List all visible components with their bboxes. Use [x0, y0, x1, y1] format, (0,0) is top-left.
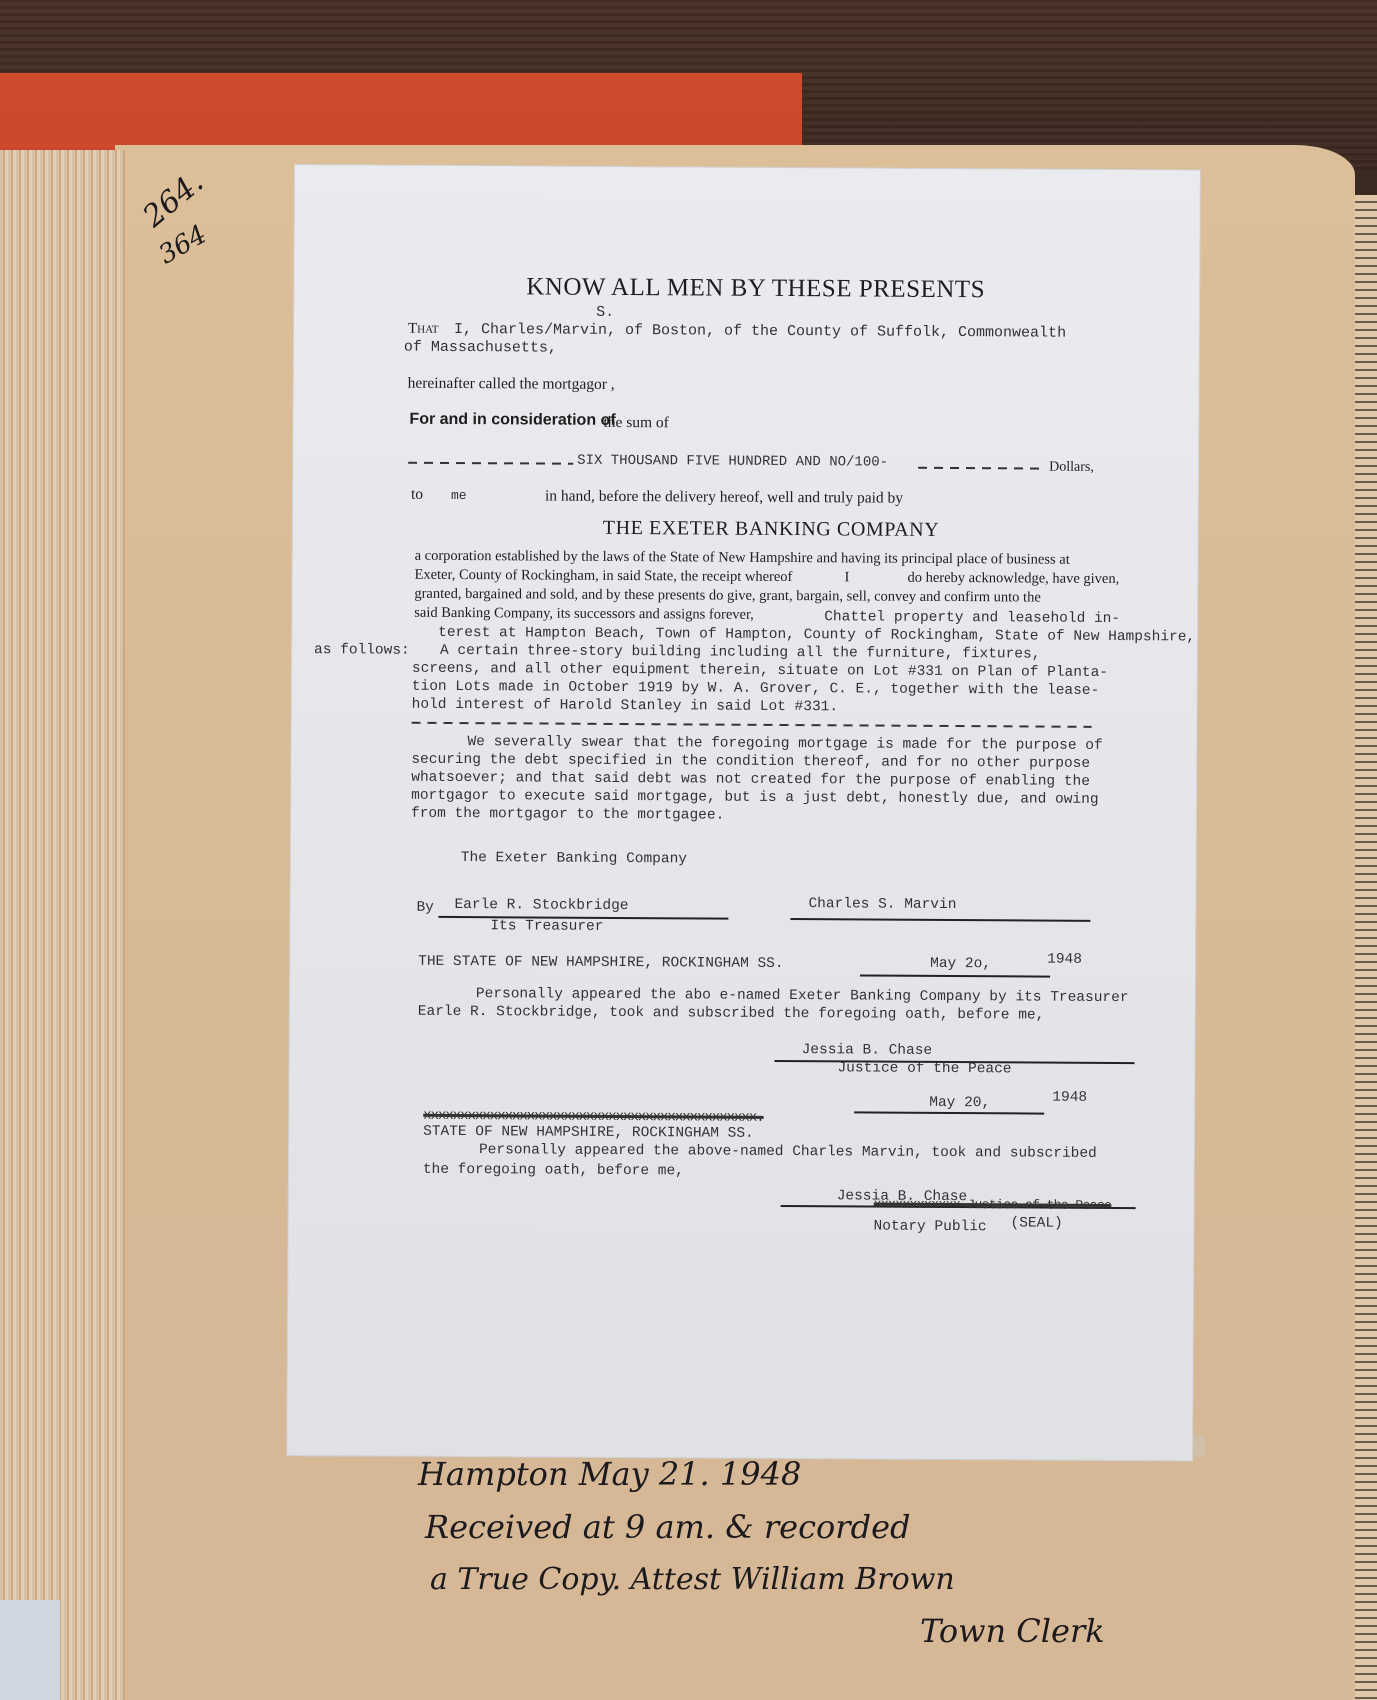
- mortgagor-line: hereinafter called the mortgagor ,: [408, 375, 615, 394]
- bank-signature-label: The Exeter Banking Company: [461, 850, 687, 867]
- document-title: KNOW ALL MEN BY THESE PRESENTS: [526, 273, 985, 304]
- recording-note-line-1: Hampton May 21. 1948: [418, 1455, 801, 1493]
- jurat-2-line-2: the foregoing oath, before me,: [423, 1162, 684, 1180]
- facing-page-edge: [1355, 195, 1377, 1700]
- mortgagor-signature-line: [790, 918, 1090, 922]
- section-divider: [412, 722, 1092, 728]
- mortgage-document: KNOW ALL MEN BY THESE PRESENTS S. That I…: [287, 165, 1200, 1461]
- paid-line: in hand, before the delivery hereof, wel…: [545, 488, 903, 508]
- jurat-2-line-1: Personally appeared the above-named Char…: [479, 1142, 1097, 1162]
- corp-line-3: granted, bargained and sold, and by thes…: [414, 586, 1041, 607]
- jurat-1-officer-name: Jessia B. Chase: [802, 1042, 933, 1059]
- oath-line-1: We severally swear that the foregoing mo…: [467, 734, 1102, 754]
- oath-line-5: from the mortgagor to the mortgagee.: [411, 806, 724, 824]
- that-label: That: [408, 321, 439, 338]
- jurat-2-year: 1948: [1052, 1090, 1087, 1106]
- as-follows-label: as follows:: [314, 642, 410, 659]
- dollars-label: Dollars,: [1049, 460, 1094, 476]
- recording-note-line-4: Town Clerk: [920, 1612, 1105, 1650]
- receipt-pronoun: I: [844, 569, 849, 586]
- property-line-3: A certain three-story building including…: [440, 643, 1040, 663]
- recording-note-line-3: a True Copy. Attest William Brown: [430, 1562, 955, 1597]
- jurat-2-struck-title: xxxxxxxxxxxx Justice of the Peace: [874, 1197, 1112, 1213]
- middle-initial-insert: S.: [596, 304, 614, 321]
- sum-leader-left: [408, 462, 573, 465]
- seal-label: (SEAL): [1010, 1215, 1062, 1231]
- property-line-4: screens, and all other equipment therein…: [412, 661, 1108, 681]
- jurat-2-date-line: [854, 1111, 1044, 1114]
- treasurer-title: Its Treasurer: [490, 918, 603, 935]
- jurat-1-date-line: [860, 974, 1050, 977]
- corp-line-4: said Banking Company, its successors and…: [414, 605, 754, 624]
- by-label: By: [416, 900, 434, 916]
- oath-line-3: whatsoever; and that said debt was not c…: [411, 770, 1090, 790]
- mortgagor-signature: Charles S. Marvin: [808, 896, 956, 913]
- to-label: to: [411, 486, 423, 504]
- jurat-2-officer-title: Notary Public: [873, 1219, 986, 1236]
- sum-amount: SIX THOUSAND FIVE HUNDRED AND NO/100-: [577, 453, 888, 471]
- jurat-1-officer-title: Justice of the Peace: [837, 1060, 1011, 1077]
- jurat-1-year: 1948: [1047, 952, 1082, 968]
- oath-line-4: mortgagor to execute said mortgage, but …: [411, 788, 1099, 808]
- jurat-1-venue: THE STATE OF NEW HAMPSHIRE, ROCKINGHAM S…: [418, 954, 784, 972]
- treasurer-name: Earle R. Stockbridge: [454, 897, 628, 914]
- company-name: THE EXETER BANKING COMPANY: [603, 517, 940, 542]
- property-line-1: Chattel property and leasehold in-: [824, 609, 1120, 627]
- corp-line-2: Exeter, County of Rockingham, in said St…: [414, 567, 792, 586]
- consideration-label: For and in consideration of: [409, 411, 615, 430]
- recording-note-line-2: Received at 9 am. & recorded: [425, 1508, 910, 1546]
- table-surface: [0, 1600, 60, 1700]
- property-line-5: tion Lots made in October 1919 by W. A. …: [412, 679, 1100, 699]
- page-stack-edge: [0, 150, 125, 1700]
- jurat-1-date: May 2o,: [930, 956, 991, 972]
- corp-line-1: a corporation established by the laws of…: [415, 548, 1070, 569]
- jurat-2-date: May 20,: [929, 1095, 990, 1111]
- oath-line-2: securing the debt specified in the condi…: [411, 752, 1090, 772]
- jurat-2-venue: STATE OF NEW HAMPSHIRE, ROCKINGHAM SS.: [423, 1124, 754, 1142]
- acknowledge-text: do hereby acknowledge, have given,: [907, 570, 1119, 588]
- jurat-1-line-2: Earle R. Stockbridge, took and subscribe…: [418, 1004, 1045, 1024]
- property-line-2: terest at Hampton Beach, Town of Hampton…: [438, 625, 1195, 646]
- property-line-6: hold interest of Harold Stanley in said …: [412, 697, 838, 716]
- sum-leader-right: [918, 467, 1043, 470]
- consideration-rest: the sum of: [603, 414, 669, 432]
- grantor-line-2: of Massachusetts,: [404, 339, 557, 357]
- to-value: me: [451, 488, 467, 503]
- jurat-1-line-1: Personally appeared the abo e-named Exet…: [476, 986, 1129, 1006]
